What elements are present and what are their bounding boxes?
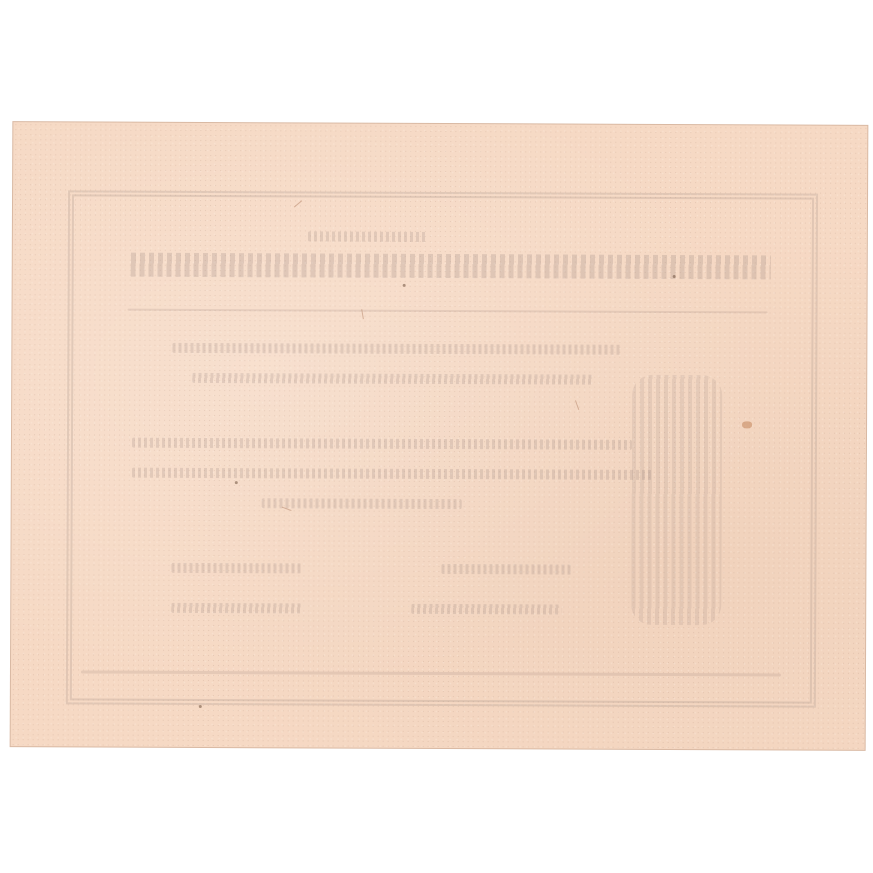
show-through-signature [441, 564, 571, 575]
show-through-text [172, 343, 622, 355]
paper-speck [403, 284, 406, 287]
paper-speck [673, 275, 676, 278]
show-through-signature [171, 563, 301, 574]
paper-stain [742, 421, 752, 428]
show-through-denomination [631, 375, 722, 625]
show-through-text [192, 373, 592, 385]
paper-speck [199, 705, 202, 708]
paper-speck [235, 481, 238, 484]
paper-note: Reverse side of an old paper note with f… [11, 122, 868, 750]
show-through-text [262, 498, 462, 509]
show-through-signature [411, 604, 561, 615]
show-through-signature [171, 603, 301, 614]
show-through-text [308, 231, 428, 242]
